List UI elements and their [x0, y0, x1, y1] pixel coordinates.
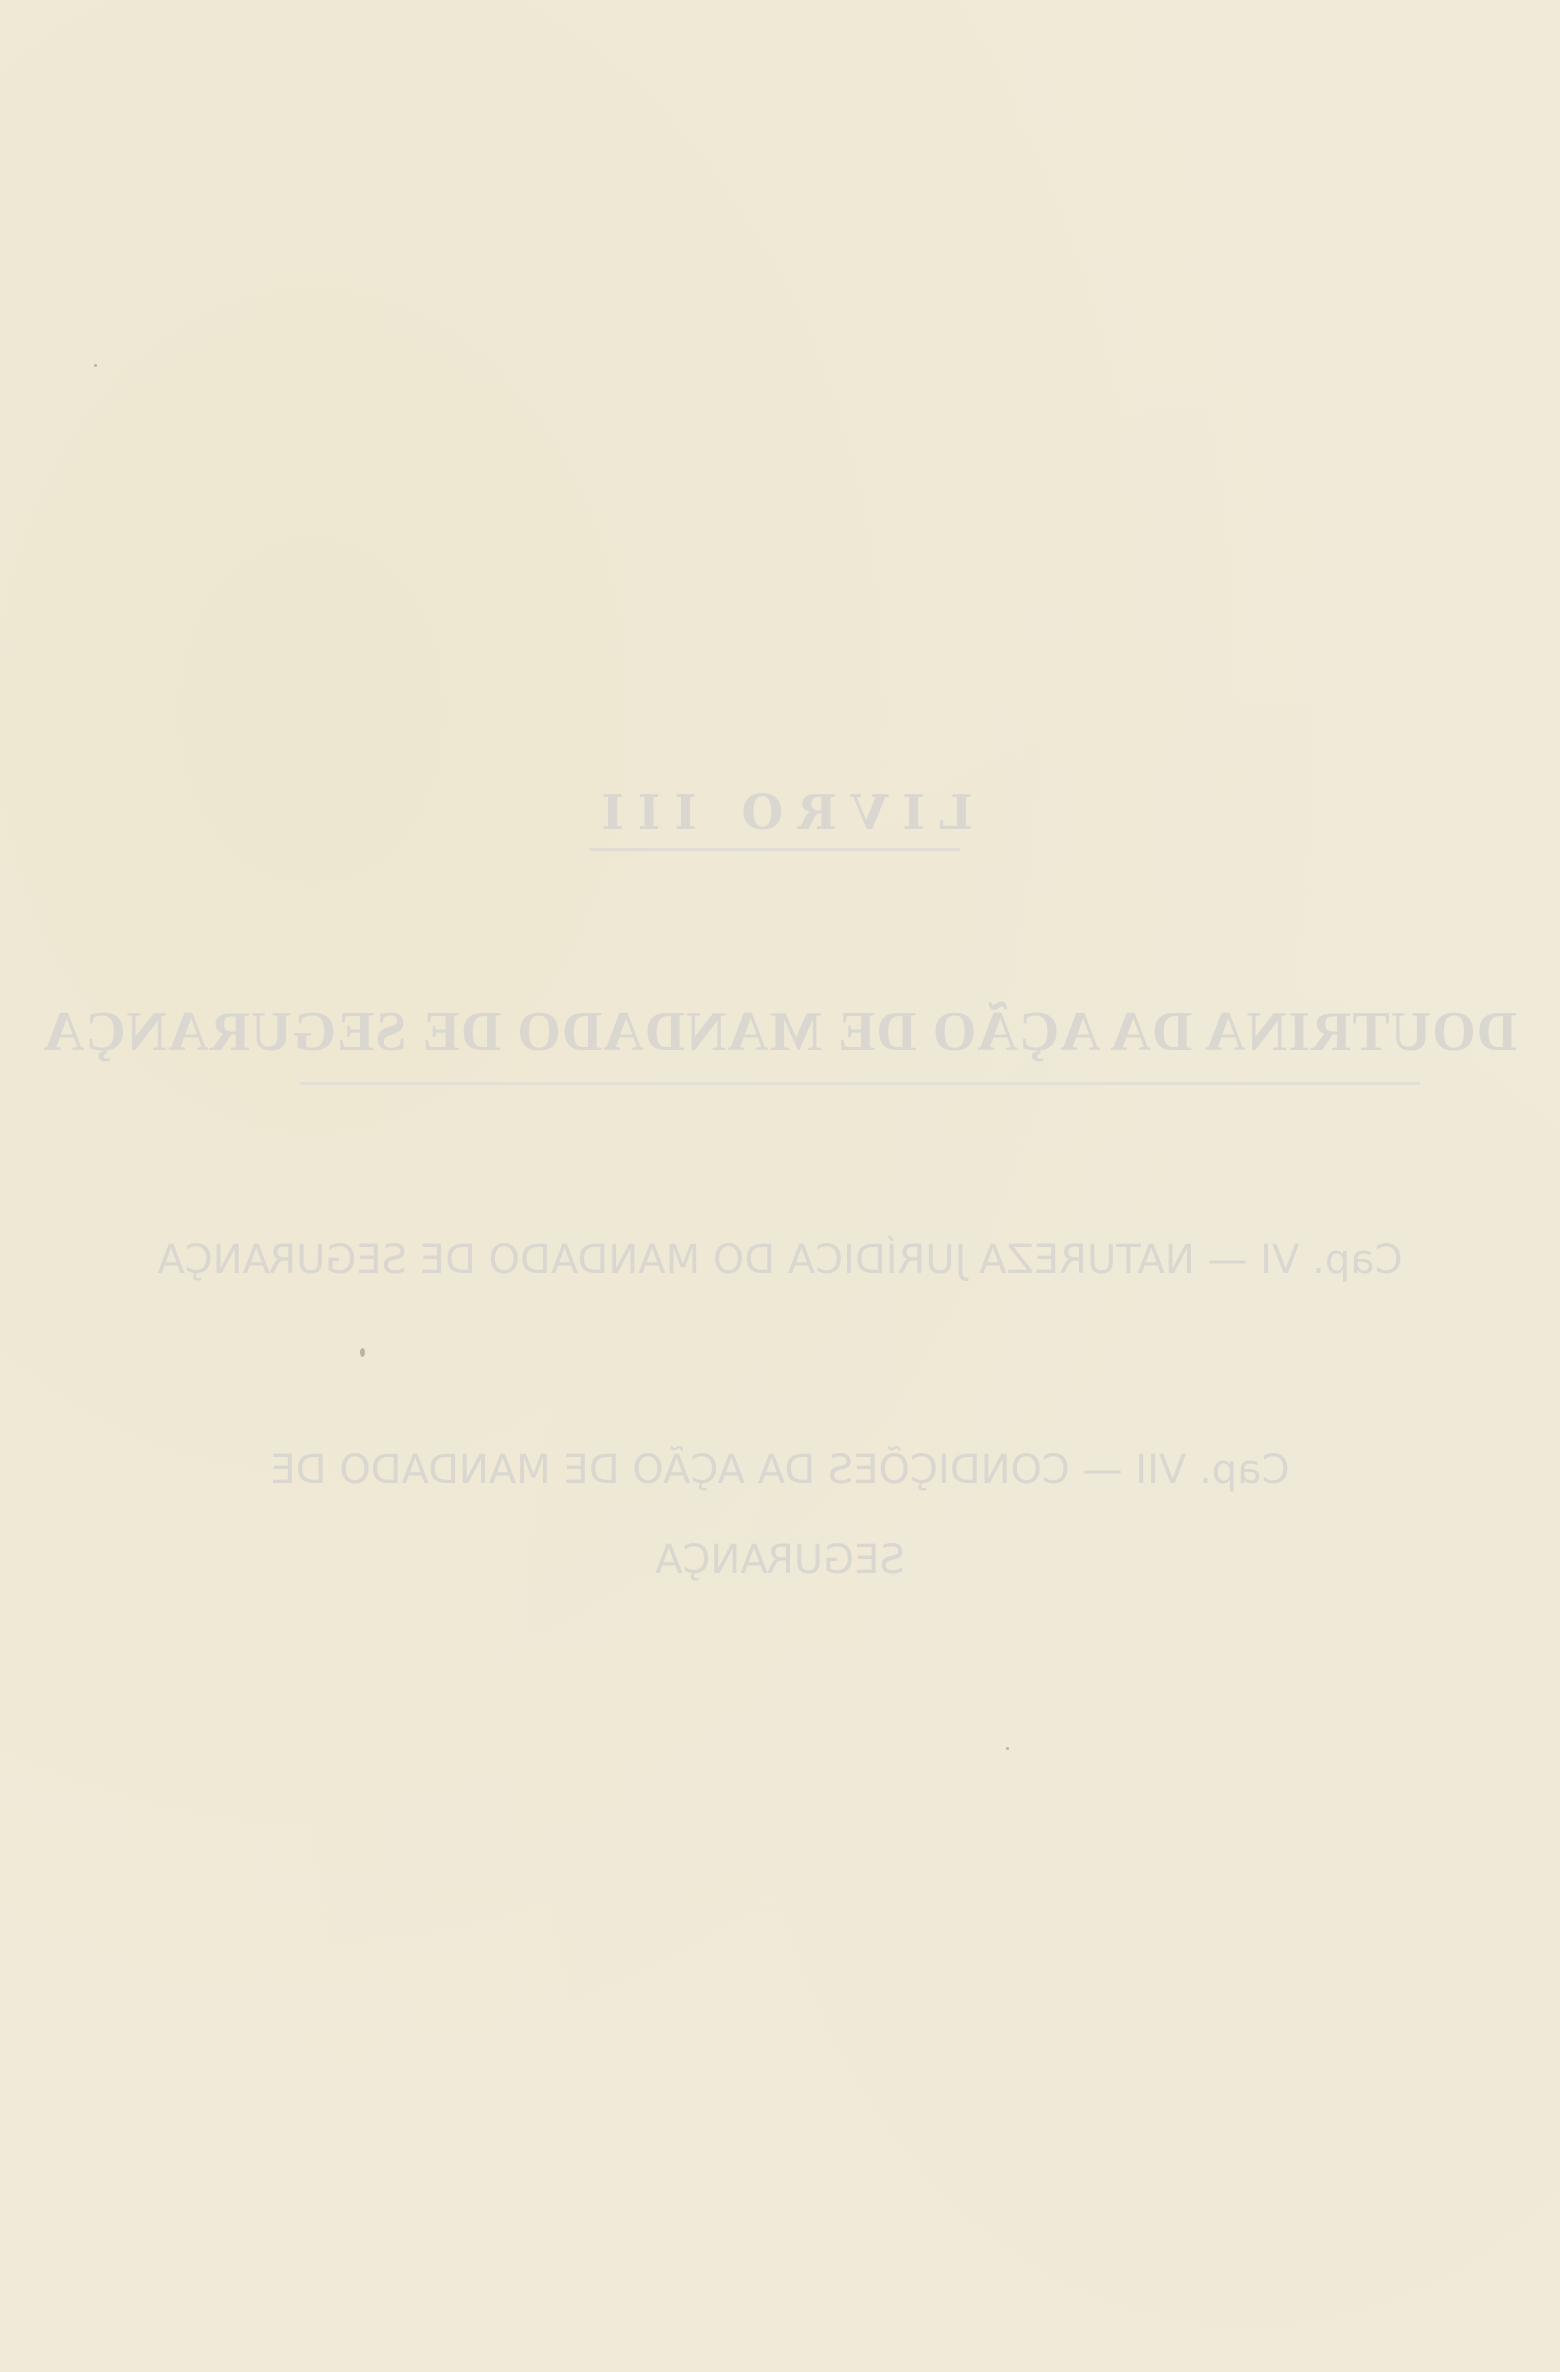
chapter-7-entry: Cap. VII — CONDIÇÕES DA AÇÃO DE MANDADO …	[0, 1425, 1560, 1605]
book-label: LIVRO III	[0, 785, 1560, 841]
paper-speck	[1006, 1747, 1009, 1750]
book-label-underline	[590, 848, 960, 851]
paper-speck	[94, 364, 97, 367]
part-title: DOUTRINA DA AÇÃO DE MANDADO DE SEGURANÇA	[0, 1000, 1560, 1064]
paper-speck	[360, 1348, 365, 1357]
part-title-underline	[300, 1082, 1420, 1085]
chapter-6-entry: Cap. VI — NATUREZA JURÍDICA DO MANDADO D…	[0, 1215, 1560, 1305]
